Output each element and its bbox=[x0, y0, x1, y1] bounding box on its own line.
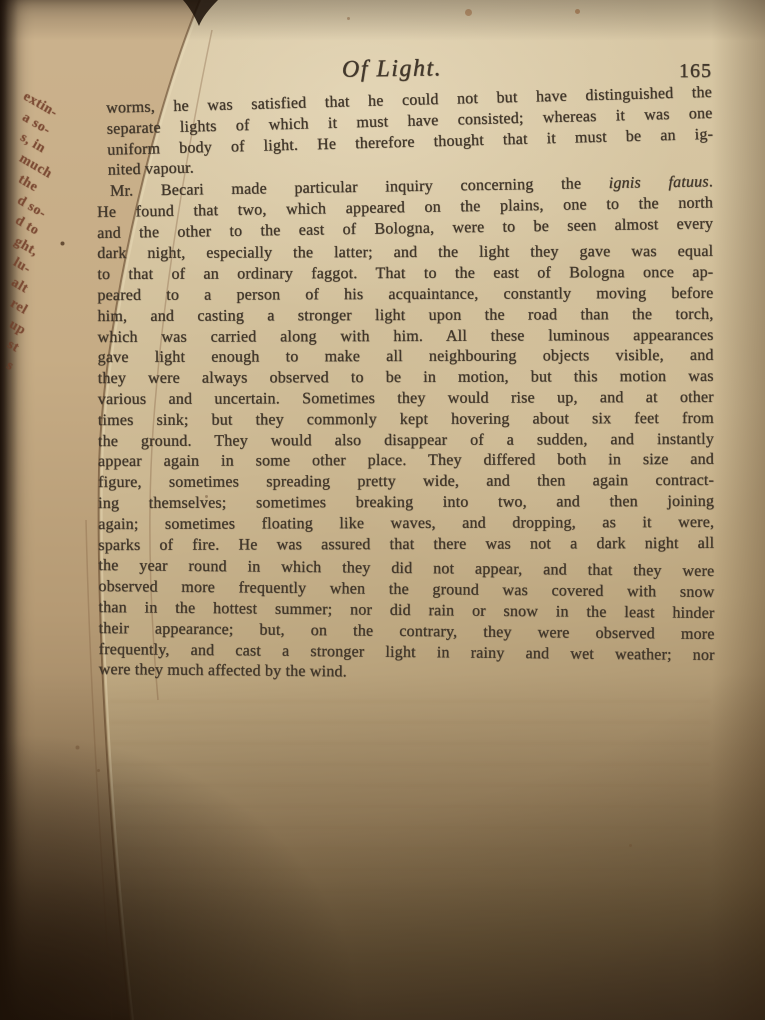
text-line: peared to a person of his acquaintance, … bbox=[97, 284, 713, 307]
text-line: which was carried along with him. All th… bbox=[98, 326, 714, 349]
text-line: they were always observed to be in motio… bbox=[98, 367, 714, 390]
facing-page-text-fragment: rel bbox=[7, 296, 30, 319]
text-line: gave light enough to make all neighbouri… bbox=[98, 346, 714, 369]
text-line: figure, sometimes spreading pretty wide,… bbox=[98, 471, 714, 494]
facing-page-text-fragment: st bbox=[4, 337, 22, 356]
facing-page-text-fragment: s bbox=[3, 358, 16, 375]
text-line: ing themselves; sometimes breaking into … bbox=[98, 492, 714, 515]
verso-showthrough bbox=[110, 700, 710, 990]
text-line: sparks of fire. He was assured that ther… bbox=[98, 534, 714, 557]
book-photo: extin-a so-s, inmuchthed so-d toght,lu-a… bbox=[0, 0, 765, 1020]
text-line: again; sometimes floating like waves, an… bbox=[98, 513, 714, 536]
paragraph: worms, he was satisfied that he could no… bbox=[96, 83, 714, 182]
paragraph: Mr. Becari made particular inquiry conce… bbox=[97, 180, 715, 681]
text-line: him, and casting a stronger light upon t… bbox=[97, 305, 713, 328]
facing-page-text-fragment: ght, bbox=[11, 234, 41, 260]
facing-page-text-fragment: alt bbox=[8, 275, 31, 297]
text-line: to that of an ordinary faggot. That to t… bbox=[97, 263, 713, 286]
page-text: worms, he was satisfied that he could no… bbox=[97, 99, 713, 681]
text-line: times sink; but they commonly kept hover… bbox=[98, 409, 714, 432]
text-line: various and uncertain. Sometimes they wo… bbox=[98, 388, 714, 411]
page-number: 165 bbox=[679, 60, 712, 83]
facing-page-fragments: extin-a so-s, inmuchthed so-d toght,lu-a… bbox=[0, 0, 110, 520]
facing-page-text-fragment: up bbox=[6, 317, 28, 339]
page-title: Of Light. bbox=[342, 55, 443, 82]
text-line: the ground. They would also disappear of… bbox=[98, 430, 714, 453]
text-line: appear again in some other place. They d… bbox=[98, 450, 714, 473]
text-line: dark night, especially the latter; and t… bbox=[97, 242, 713, 265]
